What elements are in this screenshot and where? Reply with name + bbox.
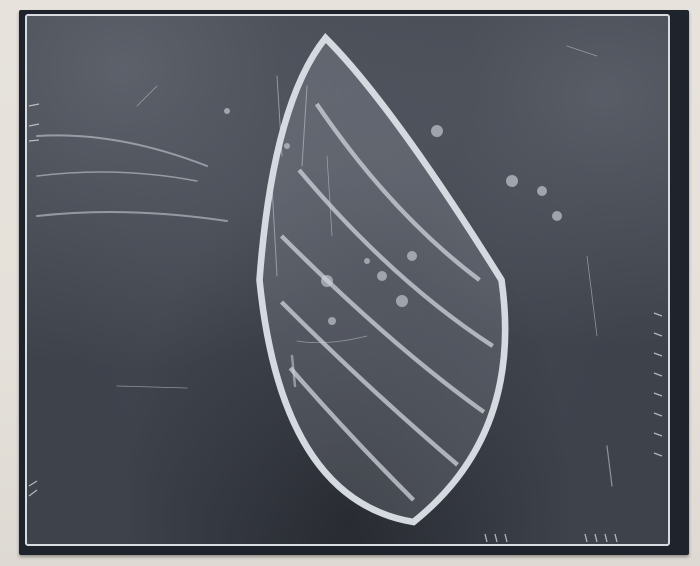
box-lid-shrink-wrapped — [25, 14, 670, 546]
photo-scene — [0, 0, 700, 566]
plastic-wrinkle — [27, 16, 668, 544]
